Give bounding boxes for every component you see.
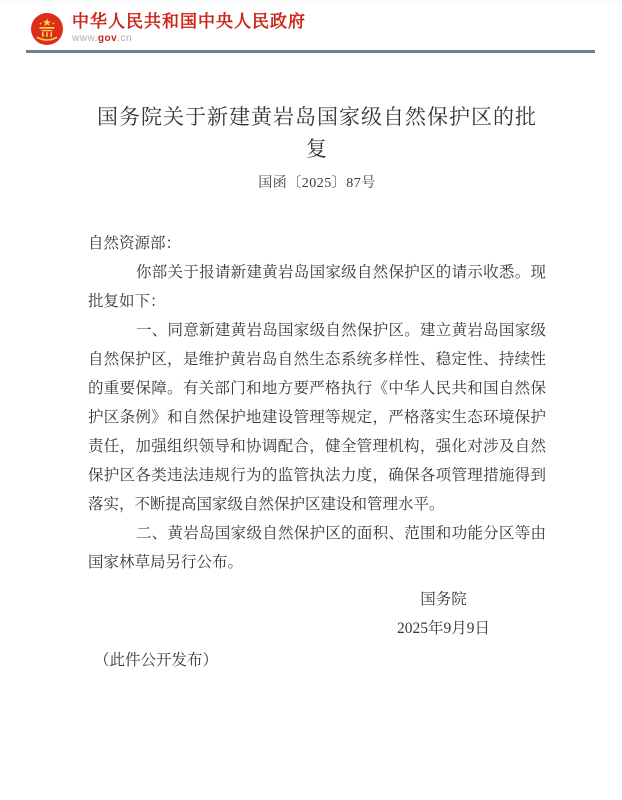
brand-text: 中华人民共和国中央人民政府 www.gov.cn: [72, 12, 306, 45]
site-header: 中华人民共和国中央人民政府 www.gov.cn: [0, 4, 622, 53]
paragraph: 一、同意新建黄岩岛国家级自然保护区。建立黄岩岛国家级自然保护区，是维护黄岩岛自然…: [88, 316, 546, 519]
url-suffix: .cn: [117, 33, 132, 44]
document-title-line1: 国务院关于新建黄岩岛国家级自然保护区的批: [97, 105, 537, 129]
paragraph: 你部关于报请新建黄岩岛国家级自然保护区的请示收悉。现批复如下：: [88, 258, 546, 316]
national-emblem-icon: [31, 13, 63, 45]
recipient-line: 自然资源部：: [88, 229, 546, 258]
url-gov: gov: [98, 33, 117, 44]
document-title: 国务院关于新建黄岩岛国家级自然保护区的批复: [88, 101, 546, 165]
site-title: 中华人民共和国中央人民政府: [72, 12, 306, 32]
document-number: 国函〔2025〕87号: [88, 172, 546, 192]
header-divider: [26, 50, 595, 53]
public-release-note: （此件公开发布）: [88, 646, 546, 675]
document-body: 自然资源部： 你部关于报请新建黄岩岛国家级自然保护区的请示收悉。现批复如下： 一…: [88, 229, 546, 577]
gov-logo-link[interactable]: 中华人民共和国中央人民政府 www.gov.cn: [0, 12, 622, 45]
signer: 国务院: [397, 585, 490, 614]
site-url: www.gov.cn: [72, 33, 306, 45]
paragraph: 二、黄岩岛国家级自然保护区的面积、范围和功能分区等由国家林草局另行公布。: [88, 519, 546, 577]
document-title-line2: 复: [306, 137, 328, 161]
document-page: 国务院关于新建黄岩岛国家级自然保护区的批复 国函〔2025〕87号 自然资源部：…: [88, 101, 546, 675]
url-prefix: www.: [72, 33, 98, 44]
signature-block: 国务院 2025年9月9日: [397, 585, 490, 643]
signature-date: 2025年9月9日: [397, 614, 490, 643]
